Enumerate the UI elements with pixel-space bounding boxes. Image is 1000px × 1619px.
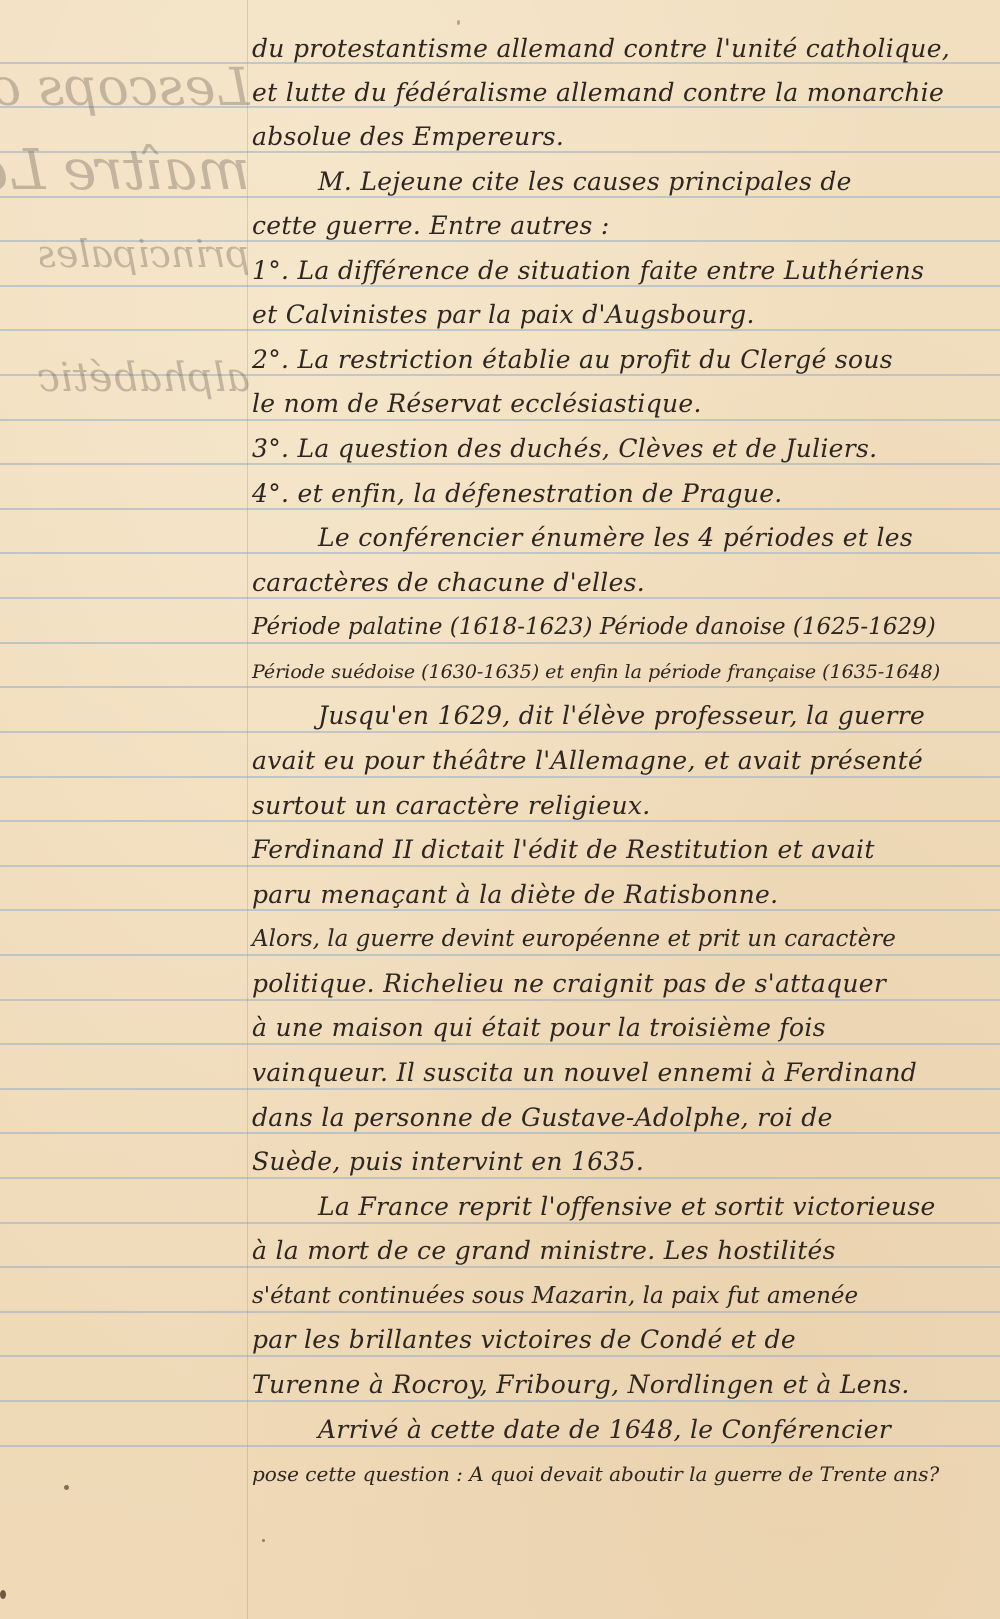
manuscript-line: Turenne à Rocroy, Fribourg, Nordlingen e… bbox=[252, 1370, 982, 1400]
manuscript-line: par les brillantes victoires de Condé et… bbox=[252, 1325, 982, 1355]
ruled-line bbox=[0, 865, 1000, 867]
ruled-line bbox=[0, 1311, 1000, 1313]
manuscript-line: caractères de chacune d'elles. bbox=[252, 568, 982, 598]
ruled-line bbox=[0, 642, 1000, 644]
ruled-line bbox=[0, 954, 1000, 956]
ink-spot bbox=[64, 1485, 69, 1490]
ruled-line bbox=[0, 1400, 1000, 1402]
ruled-line bbox=[0, 776, 1000, 778]
ruled-line bbox=[0, 999, 1000, 1001]
manuscript-line: surtout un caractère religieux. bbox=[252, 791, 982, 821]
manuscript-line: pose cette question : A quoi devait abou… bbox=[252, 1459, 982, 1489]
manuscript-line: Le conférencier énumère les 4 périodes e… bbox=[318, 523, 982, 553]
manuscript-line: et lutte du fédéralisme allemand contre … bbox=[252, 78, 982, 108]
ruled-line bbox=[0, 1088, 1000, 1090]
manuscript-page: Lescops ont le maître Lejeun principales… bbox=[0, 0, 1000, 1619]
bleed-through-text: Lescops ont le bbox=[0, 58, 250, 118]
manuscript-line: 3°. La question des duchés, Clèves et de… bbox=[252, 434, 982, 464]
ruled-line bbox=[0, 1445, 1000, 1447]
manuscript-line: Ferdinand II dictait l'édit de Restituti… bbox=[252, 835, 982, 865]
manuscript-line: Jusqu'en 1629, dit l'élève professeur, l… bbox=[318, 701, 982, 731]
manuscript-line: le nom de Réservat ecclésiastique. bbox=[252, 389, 982, 419]
manuscript-line: 2°. La restriction établie au profit du … bbox=[252, 345, 982, 375]
ruled-line bbox=[0, 731, 1000, 733]
manuscript-line: cette guerre. Entre autres : bbox=[252, 211, 982, 241]
ruled-line bbox=[0, 1222, 1000, 1224]
manuscript-line: Période suédoise (1630-1635) et enfin la… bbox=[252, 657, 982, 687]
manuscript-line: Période palatine (1618-1623) Période dan… bbox=[252, 612, 982, 642]
manuscript-line: paru menaçant à la diète de Ratisbonne. bbox=[252, 880, 982, 910]
manuscript-line: à la mort de ce grand ministre. Les host… bbox=[252, 1236, 982, 1266]
ruled-line bbox=[0, 1355, 1000, 1357]
ruled-line bbox=[0, 1177, 1000, 1179]
manuscript-line: politique. Richelieu ne craignit pas de … bbox=[252, 969, 982, 999]
bleed-through-text: maître Lejeun bbox=[0, 138, 250, 203]
manuscript-line: M. Lejeune cite les causes principales d… bbox=[318, 167, 982, 197]
manuscript-line: Arrivé à cette date de 1648, le Conféren… bbox=[318, 1415, 982, 1445]
manuscript-line: du protestantisme allemand contre l'unit… bbox=[252, 34, 982, 64]
manuscript-line: avait eu pour théâtre l'Allemagne, et av… bbox=[252, 746, 982, 776]
manuscript-line: 1°. La différence de situation faite ent… bbox=[252, 256, 982, 286]
ruled-line bbox=[0, 1266, 1000, 1268]
ink-spot bbox=[0, 1590, 6, 1599]
manuscript-line: s'étant continuées sous Mazarin, la paix… bbox=[252, 1281, 982, 1311]
manuscript-line: dans la personne de Gustave-Adolphe, roi… bbox=[252, 1103, 982, 1133]
manuscript-line: La France reprit l'offensive et sortit v… bbox=[318, 1192, 982, 1222]
manuscript-line: et Calvinistes par la paix d'Augsbourg. bbox=[252, 300, 982, 330]
ink-spot bbox=[457, 20, 460, 25]
manuscript-line: Suède, puis intervint en 1635. bbox=[252, 1147, 982, 1177]
ruled-line bbox=[0, 419, 1000, 421]
manuscript-line: à une maison qui était pour la troisième… bbox=[252, 1013, 982, 1043]
bleed-through-text: principales bbox=[40, 232, 250, 276]
ruled-line bbox=[0, 1043, 1000, 1045]
manuscript-line: 4°. et enfin, la défenestration de Pragu… bbox=[252, 479, 982, 509]
manuscript-line: vainqueur. Il suscita un nouvel ennemi à… bbox=[252, 1058, 982, 1088]
bleed-through-text: alphabétic bbox=[20, 355, 250, 401]
ink-spot bbox=[262, 1539, 265, 1542]
manuscript-line: absolue des Empereurs. bbox=[252, 122, 982, 152]
manuscript-line: Alors, la guerre devint européenne et pr… bbox=[252, 924, 982, 954]
